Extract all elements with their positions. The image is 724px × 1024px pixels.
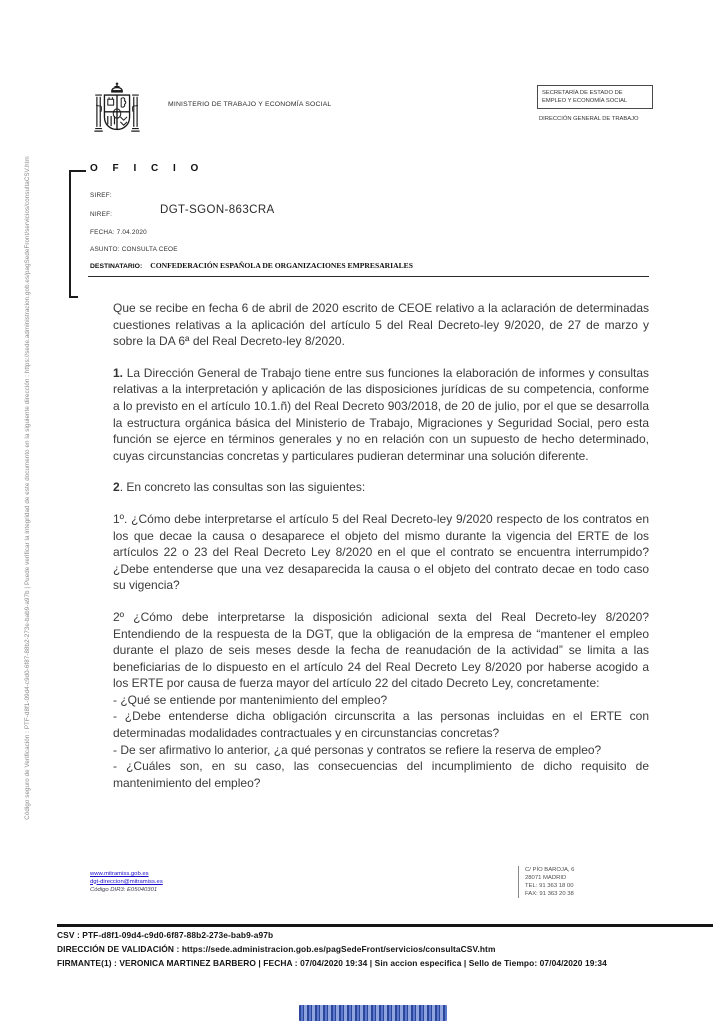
- dir3-code: Código DIR3: E05040301: [90, 887, 163, 895]
- paragraph-2: 2. En concreto las consultas son las sig…: [113, 479, 649, 496]
- address-fax: FAX: 91 363 20 38: [525, 890, 574, 898]
- fecha-row: FECHA: 7.04.2020: [90, 229, 147, 236]
- destinatario-row: DESTINATARIO:CONFEDERACIÓN ESPAÑOLA DE O…: [90, 261, 413, 270]
- question-2: 2º ¿Cómo debe interpretarse la disposici…: [113, 609, 649, 692]
- verification-barcode: [299, 1005, 447, 1021]
- bracket-bottom-tick: [69, 296, 78, 298]
- oficio-document-page: Código seguro de Verificación : PTF-d8f1…: [0, 0, 724, 1024]
- siref-label: SIREF:: [90, 192, 112, 199]
- security-verification-side-text: Código seguro de Verificación : PTF-d8f1…: [24, 52, 36, 924]
- bullet-4: - ¿Cuáles son, en su caso, las consecuen…: [113, 758, 649, 791]
- paragraph-intro: Que se recibe en fecha 6 de abril de 202…: [113, 300, 649, 350]
- bullet-2: - ¿Debe entenderse dicha obligación circ…: [113, 708, 649, 741]
- asunto-value: CONSULTA CEOE: [122, 246, 178, 253]
- email-link[interactable]: dgt-direccion@mitramiss.es: [90, 879, 163, 887]
- bracket-vertical-line: [69, 170, 71, 298]
- bullet-3: - De ser afirmativo lo anterior, ¿a qué …: [113, 742, 649, 759]
- niref-value: DGT-SGON-863CRA: [160, 204, 275, 216]
- question-1: 1º. ¿Cómo debe interpretarse el artículo…: [113, 511, 649, 594]
- validation-divider-line: [57, 924, 713, 927]
- oficio-title: O F I C I O: [90, 163, 204, 174]
- validation-url-line: DIRECCIÓN DE VALIDACIÓN : https://sede.a…: [57, 944, 717, 954]
- address-city: 28071 MADRID: [525, 874, 574, 882]
- website-link[interactable]: www.mitramiss.gob.es: [90, 871, 163, 879]
- bullet-1: - ¿Qué se entiende por mantenimiento del…: [113, 692, 649, 709]
- direccion-general-trabajo-label: DIRECCIÓN GENERAL DE TRABAJO: [539, 115, 639, 123]
- asunto-row: ASUNTO: CONSULTA CEOE: [90, 246, 178, 253]
- address-tel: TEL: 91 363 18 00: [525, 882, 574, 890]
- address-block: C/ PÍO BAROJA, 6 28071 MADRID TEL: 91 36…: [518, 866, 574, 898]
- secretaria-estado-box: SECRETARÍA DE ESTADO DE EMPLEO Y ECONOMÍ…: [537, 85, 653, 109]
- destinatario-label: DESTINATARIO:: [90, 263, 142, 270]
- contact-links-block: www.mitramiss.gob.es dgt-direccion@mitra…: [90, 871, 163, 895]
- signer-line: FIRMANTE(1) : VERONICA MARTINEZ BARBERO …: [57, 958, 717, 968]
- header-divider-line: [88, 276, 649, 277]
- letter-body: Que se recibe en fecha 6 de abril de 202…: [113, 300, 649, 791]
- paragraph-1: 1. La Dirección General de Trabajo tiene…: [113, 365, 649, 465]
- bracket-top-dash: [69, 170, 86, 172]
- ministry-name: MINISTERIO DE TRABAJO Y ECONOMÍA SOCIAL: [168, 100, 338, 110]
- niref-label: NIREF:: [90, 211, 112, 218]
- csv-code-line: CSV : PTF-d8f1-09d4-c9d0-6f87-88b2-273e-…: [57, 930, 717, 940]
- address-street: C/ PÍO BAROJA, 6: [525, 866, 574, 874]
- asunto-label: ASUNTO:: [90, 246, 120, 253]
- fecha-value: 7.04.2020: [117, 229, 147, 236]
- fecha-label: FECHA:: [90, 229, 115, 236]
- spain-coat-of-arms-icon: [90, 80, 144, 147]
- destinatario-value: CONFEDERACIÓN ESPAÑOLA DE ORGANIZACIONES…: [150, 261, 413, 270]
